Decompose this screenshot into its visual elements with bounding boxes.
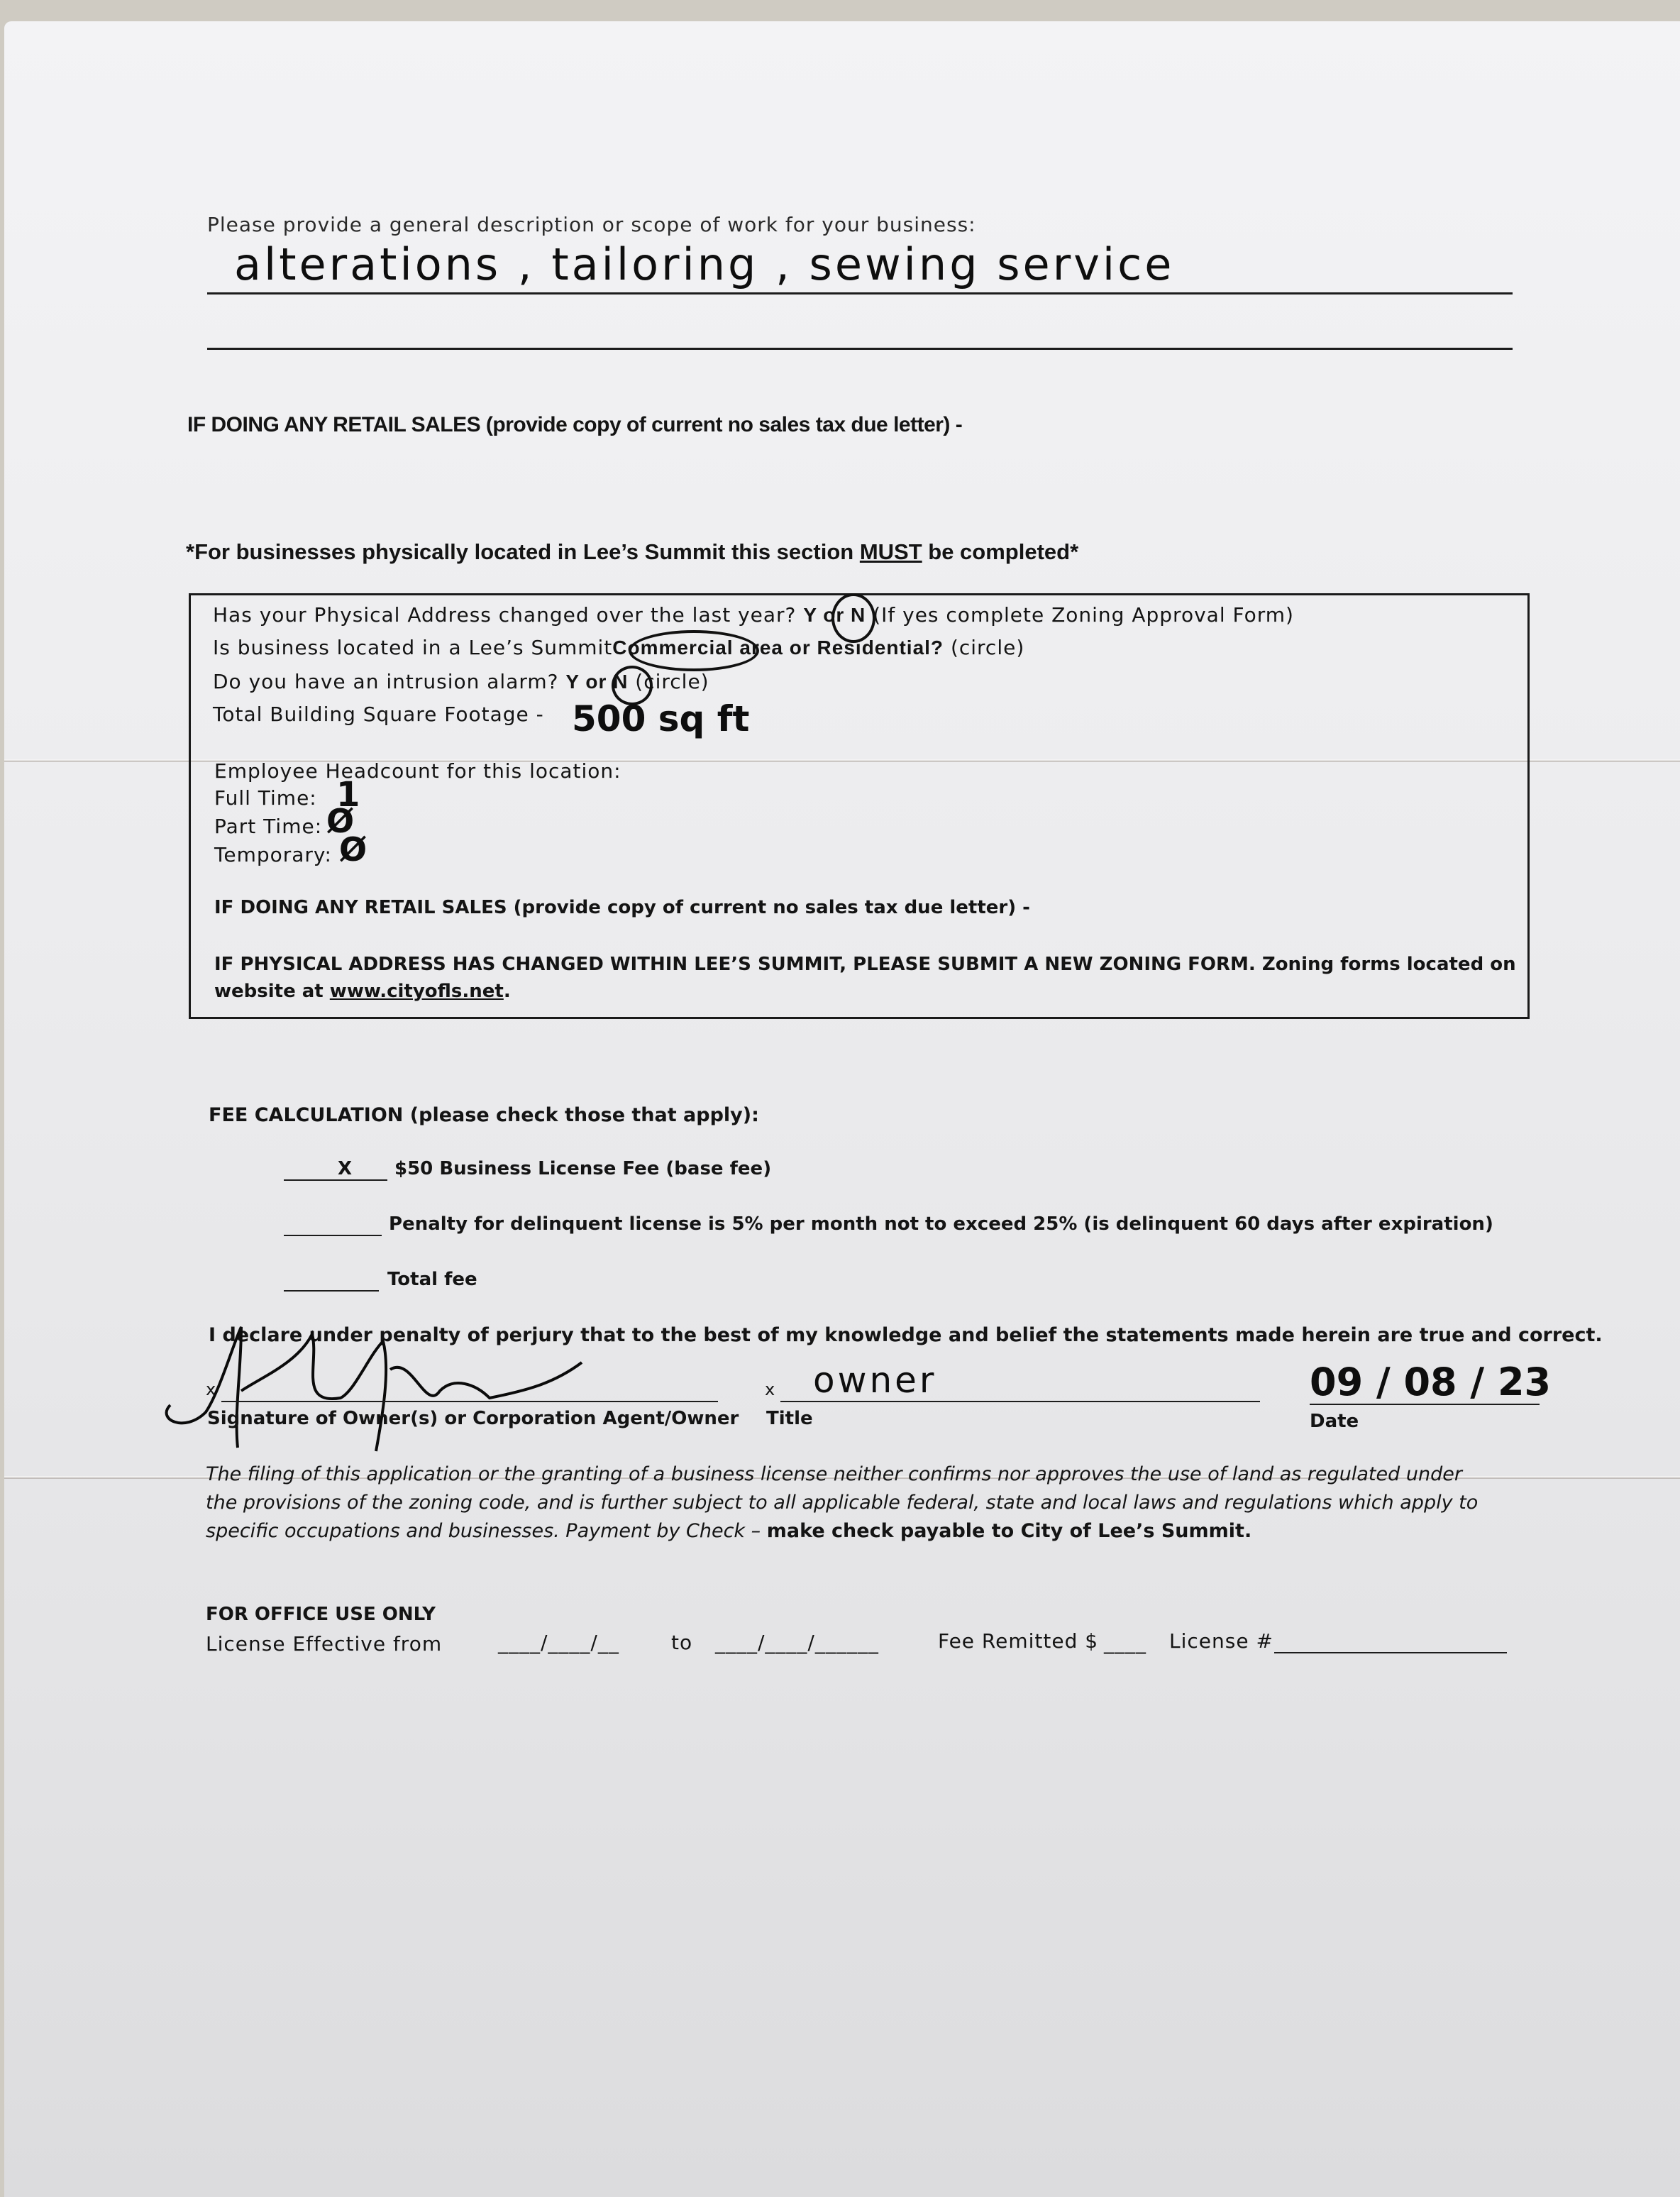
- fee-check-base[interactable]: X: [338, 1158, 352, 1179]
- disclaimer-line-2: the provisions of the zoning code, and i…: [206, 1492, 1478, 1514]
- description-prompt: Please provide a general description or …: [207, 213, 976, 236]
- title-line: [780, 1401, 1260, 1402]
- zoning-notice: IF PHYSICAL ADDRESS HAS CHANGED WITHIN L…: [214, 954, 1516, 975]
- location-type-label: Is business located in a Lee’s Summit: [213, 636, 612, 659]
- fee-label-penalty: Penalty for delinquent license is 5% per…: [389, 1213, 1493, 1235]
- circle-mark-commercial: [629, 630, 759, 671]
- disclaimer-line-3: specific occupations and businesses. Pay…: [206, 1520, 1251, 1542]
- heading-prefix: *For businesses physically located in Le…: [186, 539, 860, 564]
- zoning-website-link[interactable]: www.cityofls.net: [330, 981, 504, 1002]
- retail-sales-notice-box: IF DOING ANY RETAIL SALES (provide copy …: [214, 897, 1030, 918]
- date-value[interactable]: 09 / 08 / 23: [1310, 1360, 1551, 1404]
- retail-sales-notice: IF DOING ANY RETAIL SALES (provide copy …: [187, 413, 962, 437]
- fee-label-base: $50 Business License Fee (base fee): [394, 1158, 771, 1179]
- fee-remitted-label: Fee Remitted $: [938, 1629, 1098, 1653]
- zoning-prefix: website at: [214, 981, 330, 1002]
- address-changed-label: Has your Physical Address changed over t…: [213, 603, 796, 627]
- effective-to-field[interactable]: ____/____/______: [715, 1631, 879, 1654]
- intrusion-alarm-label: Do you have an intrusion alarm?: [213, 670, 559, 693]
- headcount-heading: Employee Headcount for this location:: [214, 759, 621, 783]
- location-type-question: Is business located in a Lee’s SummitCom…: [213, 636, 1024, 659]
- license-number-field[interactable]: [1274, 1652, 1507, 1653]
- disclaimer-payable: make check payable to City of Lee’s Summ…: [767, 1520, 1251, 1542]
- fee-check-line-penalty[interactable]: [284, 1235, 382, 1236]
- description-line-2: [207, 348, 1513, 350]
- heading-suffix: be completed*: [922, 539, 1079, 564]
- fee-calculation-heading: FEE CALCULATION (please check those that…: [209, 1104, 759, 1126]
- lees-summit-heading: *For businesses physically located in Le…: [186, 539, 1078, 565]
- license-number-label: License #: [1169, 1629, 1273, 1653]
- title-label: Title: [766, 1408, 813, 1429]
- signature-label: Signature of Owner(s) or Corporation Age…: [207, 1408, 739, 1429]
- office-use-heading: FOR OFFICE USE ONLY: [206, 1604, 436, 1625]
- effective-to-label: to: [671, 1631, 692, 1654]
- fee-check-line-total[interactable]: [284, 1290, 379, 1292]
- location-type-note: (circle): [951, 636, 1024, 659]
- date-label: Date: [1310, 1411, 1359, 1432]
- disclaimer-line-1: The filing of this application or the gr…: [206, 1463, 1462, 1485]
- temporary-value[interactable]: Ø: [339, 830, 367, 869]
- date-line: [1310, 1404, 1540, 1405]
- fee-label-total: Total fee: [387, 1269, 477, 1290]
- signature-scribble[interactable]: [156, 1313, 610, 1455]
- signature-line[interactable]: [221, 1401, 718, 1402]
- full-time-label: Full Time:: [214, 786, 317, 810]
- fee-check-line-base: [284, 1179, 387, 1181]
- address-changed-note: (If yes complete Zoning Approval Form): [873, 603, 1294, 627]
- license-effective-label: License Effective from: [206, 1632, 442, 1656]
- address-changed-question: Has your Physical Address changed over t…: [213, 603, 1294, 627]
- option-residential[interactable]: area or Residential?: [734, 637, 944, 659]
- zoning-notice-line2: website at www.cityofls.net.: [214, 981, 511, 1002]
- heading-must: MUST: [860, 539, 922, 564]
- title-x: x: [765, 1380, 775, 1399]
- disclaimer-line-3-italic: specific occupations and businesses. Pay…: [206, 1520, 767, 1542]
- fee-remitted-field[interactable]: ____: [1104, 1631, 1146, 1654]
- square-footage-label: Total Building Square Footage -: [213, 703, 544, 726]
- effective-from-field[interactable]: ____/____/__: [498, 1631, 619, 1654]
- title-value[interactable]: owner: [813, 1360, 937, 1401]
- description-answer[interactable]: alterations , tailoring , sewing service: [234, 238, 1174, 290]
- square-footage-value[interactable]: 500 sq ft: [572, 698, 749, 739]
- temporary-label: Temporary:: [214, 843, 332, 866]
- part-time-label: Part Time:: [214, 815, 322, 838]
- zoning-suffix: .: [504, 981, 511, 1002]
- description-line-1: [207, 292, 1513, 294]
